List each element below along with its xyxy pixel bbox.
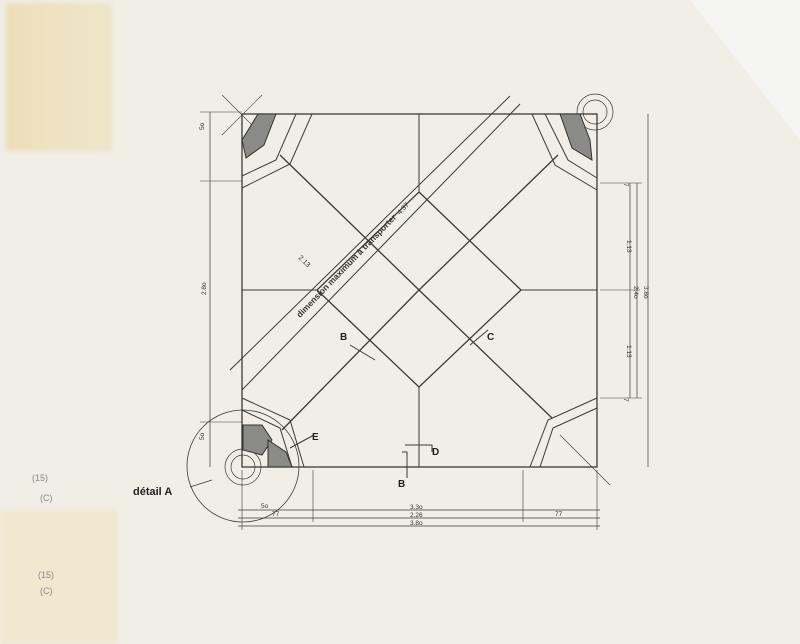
dim-5o-left-bottom: 5o (199, 432, 206, 440)
dim-226: 2.26 (410, 512, 423, 519)
section-marker-b: B (340, 332, 347, 343)
section-marker-c: C (487, 332, 494, 343)
dim-diag-short: 2.13 (297, 254, 312, 269)
dim-5o-left-top: 5o (199, 122, 206, 130)
dim-380-bottom: 3.8o (410, 520, 423, 527)
dim-7-upper: 7 (622, 183, 629, 187)
pillar-fill (268, 440, 292, 467)
plan-drawing: dimension maximum à transporter 4.37 2.1… (0, 0, 800, 644)
dim-330: 3.3o (410, 504, 423, 511)
section-marker-e: E (312, 432, 319, 443)
dim-5o-bottom: 5o (261, 503, 269, 510)
dim-380-right: 3.8o (642, 286, 649, 299)
transport-label: dimension maximum à transporter (294, 212, 398, 320)
margin-note: (C) (40, 493, 53, 503)
dim-77-right: 77 (555, 511, 563, 518)
dim-113-lower: 1.13 (625, 345, 632, 358)
margin-note: (15) (38, 570, 54, 580)
drawing-sheet: dimension maximum à transporter 4.37 2.1… (0, 0, 800, 644)
dim-280-left: 2.8o (201, 282, 208, 295)
margin-note: (C) (40, 586, 53, 596)
dim-diag-long: 4.37 (396, 202, 411, 217)
section-marker-b-bottom: B (398, 479, 405, 490)
section-marker-d: D (432, 447, 439, 458)
dim-7-lower: 7 (622, 398, 629, 402)
dim-240: 2.4o (632, 286, 639, 299)
dim-113-upper: 1.13 (625, 240, 632, 253)
pillar-fill (242, 114, 276, 158)
margin-note: (15) (32, 473, 48, 483)
dim-77-left: 77 (272, 511, 280, 518)
detail-a-label: détail A (133, 486, 172, 498)
